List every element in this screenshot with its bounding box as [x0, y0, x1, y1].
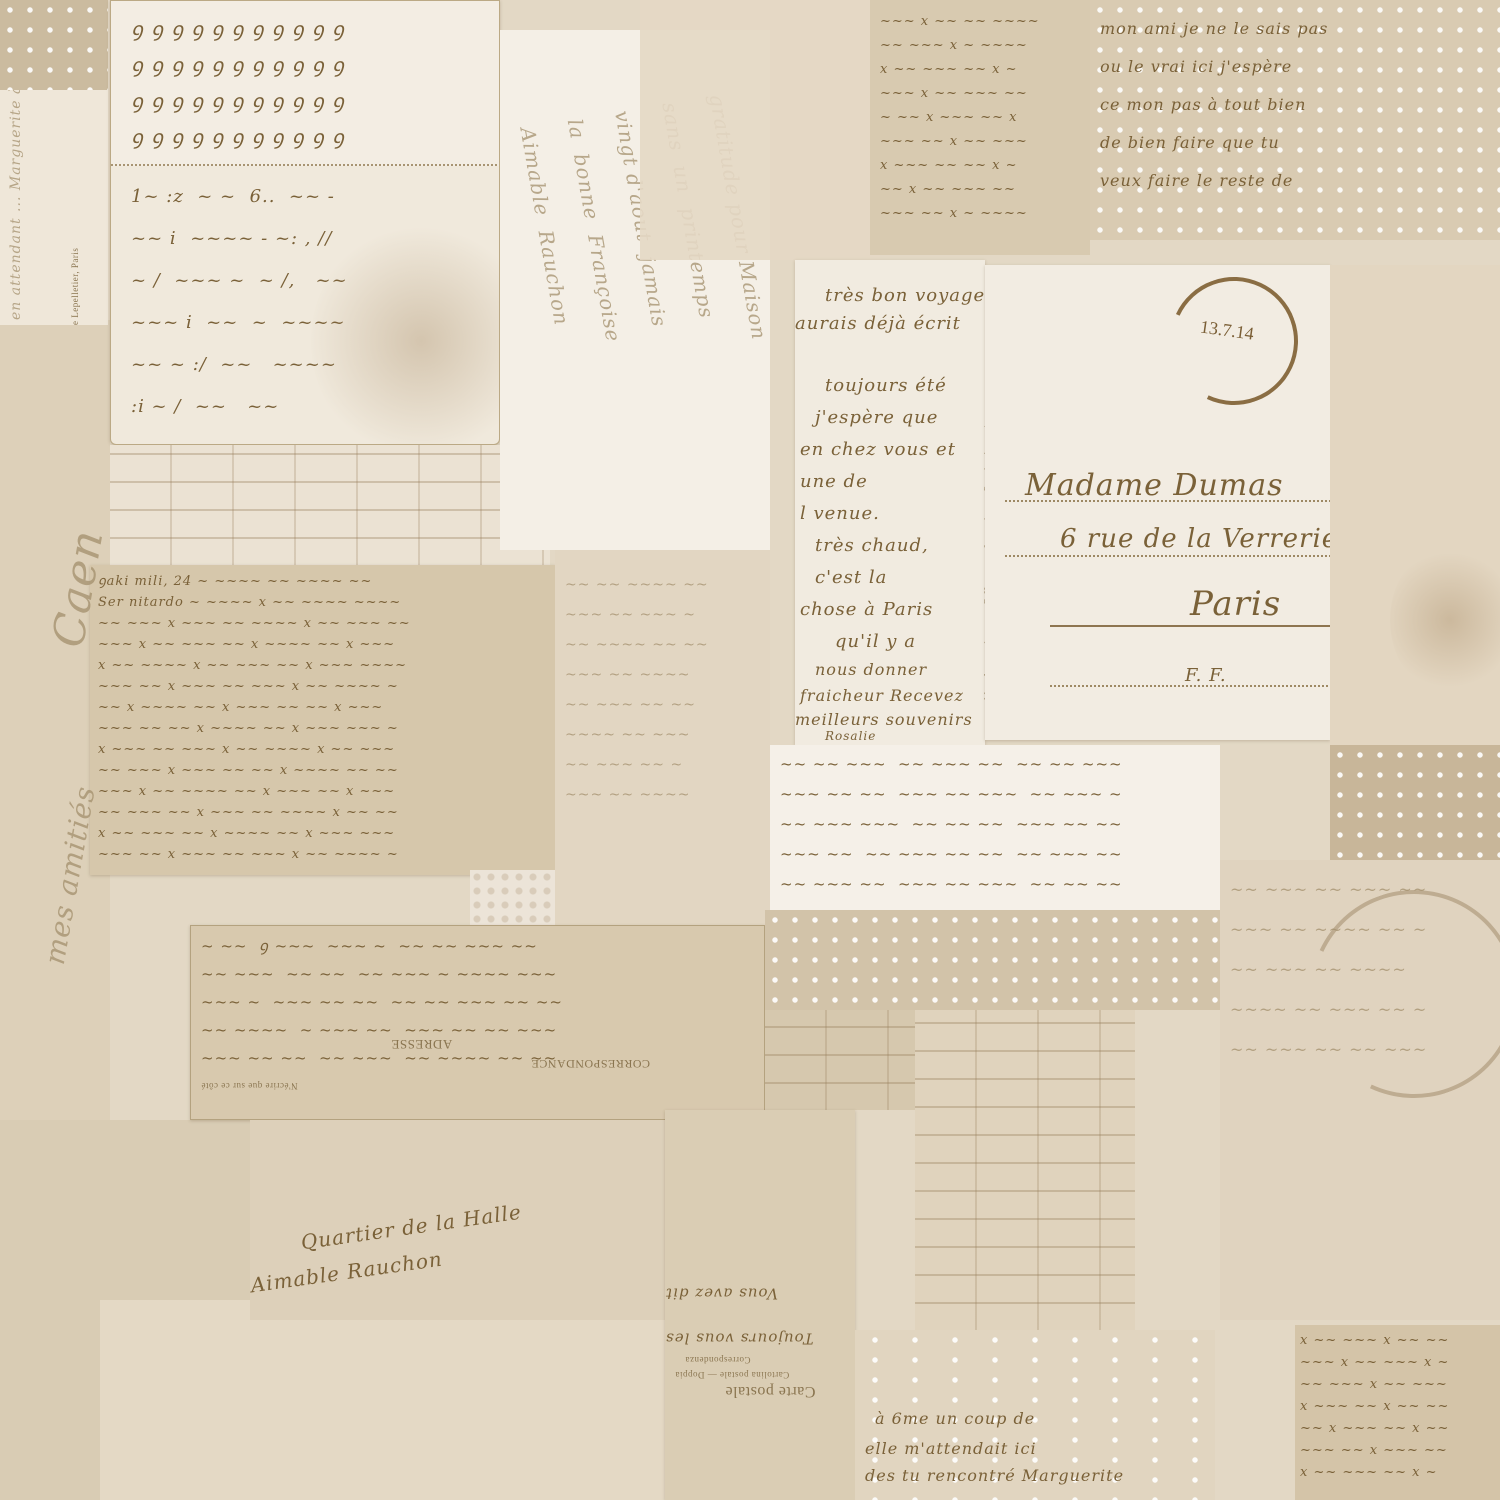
letter-line: aurais déjà écrit: [795, 308, 961, 340]
dotted-letter-bottom: à 6me un coup de elle m'attendait ici de…: [855, 1330, 1215, 1500]
letter-line: très chaud,: [815, 530, 929, 562]
coffee-stain: [1390, 545, 1500, 695]
correspondance-postcard: ~ ~~ ꝯ ~~~ ~~~ ~ ~~ ~~ ~~~ ~~ ~~ ~~~ ~~ …: [190, 925, 765, 1120]
script-text: ~~ ~~ ~~~~ ~~ ~~~ ~~ ~~~ ~ ~~ ~~~~ ~~ ~~…: [565, 570, 709, 810]
postcard-strip-top-left: en attendant ... Marguerite à Dumas Bern…: [0, 90, 108, 325]
postmark-icon: [1152, 265, 1316, 423]
dense-script: x ~~ ~~~ x ~~ ~~ ~~~ x ~~ ~~~ x ~ ~~ ~~~…: [1300, 1330, 1453, 1484]
faded-paper-top: [640, 0, 880, 260]
letter-line: nous donner: [815, 656, 927, 684]
letter-line: c'est la: [815, 562, 887, 594]
letter-line: j'espère que: [815, 402, 938, 434]
bottom-script: Toujours vous les: [665, 1325, 814, 1351]
crossed-letter-card: ꝯaki mili, 24 ~ ~~~~ ~~ ~~~~ ~~ Ser nita…: [90, 565, 555, 875]
faded-letter-center: ~~ ~~ ~~~~ ~~ ~~~ ~~ ~~~ ~ ~~ ~~~~ ~~ ~~…: [555, 550, 770, 990]
polka-dot-stain-block: [1330, 745, 1500, 860]
postcard-address-side: 13.7.14 Madame Dumas 6 rue de la Verreri…: [985, 265, 1330, 740]
bottom-script: Vous avez dit: [665, 1280, 778, 1306]
letter-bottom-left: Quartier de la Halle Aimable Rauchon: [250, 1120, 670, 1320]
postcard-letter-side: très bon voyage aurais déjà écrit toujou…: [795, 260, 985, 745]
polka-dot-band: [765, 910, 1225, 1010]
brick-texture-strip: [110, 445, 550, 565]
crossed-letter-top: ~~~ x ~~ ~~ ~~~~ ~~ ~~~ x ~ ~~~~ x ~~ ~~…: [870, 0, 1090, 255]
writing-note: N'écrire que sur ce côté: [201, 1081, 298, 1091]
address-line-1: Madame Dumas: [1025, 460, 1284, 513]
stained-paper-right: [1330, 265, 1500, 745]
script-text: ~~ ~~ ~~~ ~~ ~~~ ~~ ~~ ~~ ~~~ ~~~ ~~ ~~ …: [780, 749, 1123, 899]
address-underline: [1050, 625, 1330, 627]
bottom-script: des tu rencontré Marguerite: [865, 1462, 1124, 1490]
address-dotted-line: [1005, 500, 1330, 502]
background-bottom-center: [100, 1300, 670, 1500]
polka-dot-patch-top-left: [0, 0, 108, 90]
white-letter-center-right: ~~ ~~ ~~~ ~~ ~~~ ~~ ~~ ~~ ~~~ ~~~ ~~ ~~ …: [770, 745, 1220, 910]
letter-line: l venue.: [800, 498, 880, 530]
printed-line: Cartolina postale — Doppia: [675, 1370, 789, 1380]
script-text: mon ami je ne le sais pas ou le vrai ici…: [1100, 10, 1328, 200]
letter-line: une de: [800, 466, 868, 498]
vertical-script: ꝯ ꝯ ꝯ ꝯ ꝯ ꝯ ꝯ ꝯ ꝯ ꝯ ꝯ ꝯ ꝯ ꝯ ꝯ ꝯ ꝯ ꝯ ꝯ ꝯ …: [131, 11, 345, 155]
faded-letter-right: ~~ ~~~ ~~ ~~~ ~~ ~~~ ~~ ~~~~ ~~ ~ ~~ ~~~…: [1220, 860, 1500, 1320]
imprint-text: Bernard, 44, Rue Lepelletier, Paris: [70, 248, 80, 325]
letter-line: Rosalie: [825, 726, 876, 745]
collage-canvas: en attendant ... Marguerite à Dumas Bern…: [0, 0, 1500, 1500]
printed-line: Correspondenza: [685, 1355, 750, 1365]
letter-line: toujours été: [825, 370, 947, 402]
script-text: en attendant ... Marguerite à Dumas: [4, 90, 29, 320]
printed-line: Carte postale: [725, 1382, 815, 1400]
script-text: ~ ~~ ꝯ ~~~ ~~~ ~ ~~ ~~ ~~~ ~~ ~~ ~~~ ~~ …: [201, 932, 563, 1072]
label-adresse: ADRESSE: [391, 1036, 452, 1052]
letter-line: chose à Paris: [800, 594, 933, 626]
polka-dot-letter-top-right: mon ami je ne le sais pas ou le vrai ici…: [1090, 0, 1500, 240]
letter-line: très bon voyage: [825, 280, 985, 312]
label-correspondance: CORRESPONDANCE: [531, 1056, 650, 1071]
bottom-script: elle m'attendait ici: [865, 1435, 1037, 1463]
bottom-script: à 6me un coup de: [875, 1405, 1035, 1433]
postcard-top-left: ꝯ ꝯ ꝯ ꝯ ꝯ ꝯ ꝯ ꝯ ꝯ ꝯ ꝯ ꝯ ꝯ ꝯ ꝯ ꝯ ꝯ ꝯ ꝯ ꝯ …: [110, 0, 500, 445]
script-text: ~~ ~~~ ~~ ~~~ ~~ ~~~ ~~ ~~~~ ~~ ~ ~~ ~~~…: [1230, 870, 1427, 1070]
script-text: ~~~ x ~~ ~~ ~~~~ ~~ ~~~ x ~ ~~~~ x ~~ ~~…: [880, 10, 1040, 226]
address-dotted-line: [1050, 685, 1330, 687]
letter-line: qu'il y a: [835, 626, 916, 658]
crossed-letter-bottom-right: x ~~ ~~~ x ~~ ~~ ~~~ x ~~ ~~~ x ~ ~~ ~~~…: [1295, 1325, 1500, 1500]
address-dotted-line: [1005, 555, 1330, 557]
brick-texture-center: [765, 1010, 925, 1110]
carte-postale-card: Toujours vous les Vous avez dit Correspo…: [665, 1110, 855, 1500]
letter-line: en chez vous et: [800, 434, 956, 466]
brick-column: [915, 1010, 1135, 1330]
letter-line: meilleurs souvenirs: [795, 706, 973, 734]
dense-script: ꝯaki mili, 24 ~ ~~~~ ~~ ~~~~ ~~ Ser nita…: [98, 571, 411, 865]
